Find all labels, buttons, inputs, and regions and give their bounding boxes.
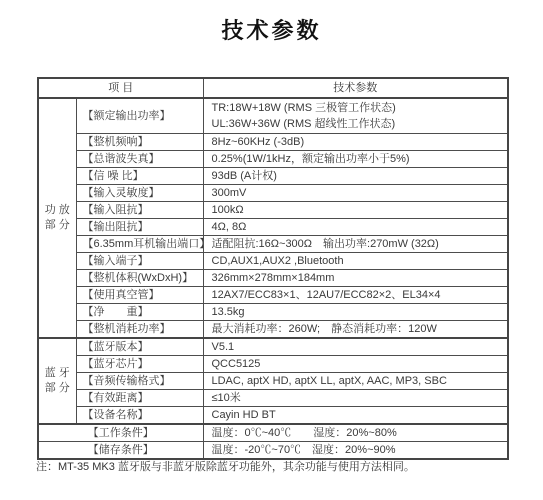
- value-line: UL:36W+36W (RMS 超线性工作状态): [212, 116, 502, 132]
- row-label: 【额定输出功率】: [76, 98, 203, 134]
- row-label: 【输出阻抗】: [76, 219, 203, 236]
- row-value: 0.25%(1W/1kHz，额定输出功率小于5%): [203, 151, 508, 168]
- table-row: 【设备名称】Cayin HD BT: [38, 407, 508, 425]
- row-label: 【使用真空管】: [76, 287, 203, 304]
- table-row: 【音频传输格式】LDAC, aptX HD, aptX LL, aptX, AA…: [38, 373, 508, 390]
- row-value: LDAC, aptX HD, aptX LL, aptX, AAC, MP3, …: [203, 373, 508, 390]
- group-label: 功 放部 分: [38, 98, 76, 338]
- page-title: 技术参数: [0, 14, 543, 45]
- group-label-line: 部 分: [41, 381, 74, 396]
- row-label: 【输入灵敏度】: [76, 185, 203, 202]
- row-value: TR:18W+18W (RMS 三极管工作状态)UL:36W+36W (RMS …: [203, 98, 508, 134]
- table-row: 【6.35mm耳机输出端口】适配阻抗:16Ω~300Ω 输出功率:270mW (…: [38, 236, 508, 253]
- table-row: 【整机消耗功率】最大消耗功率：260W; 静态消耗功率：120W: [38, 321, 508, 339]
- table-row: 【净 重】13.5kg: [38, 304, 508, 321]
- row-label: 【储存条件】: [38, 442, 203, 460]
- row-label: 【6.35mm耳机输出端口】: [76, 236, 203, 253]
- table-header-row: 项 目 技术参数: [38, 78, 508, 98]
- row-label: 【音频传输格式】: [76, 373, 203, 390]
- row-value: 温度：0℃~40℃ 湿度：20%~80%: [203, 424, 508, 442]
- footnote: 注：MT-35 MK3 蓝牙版与非蓝牙版除蓝牙功能外，其余功能与使用方法相同。: [36, 458, 415, 474]
- row-value: CD,AUX1,AUX2 ,Bluetooth: [203, 253, 508, 270]
- table-row: 【输入端子】CD,AUX1,AUX2 ,Bluetooth: [38, 253, 508, 270]
- table-row: 【整机频响】8Hz~60KHz (-3dB): [38, 134, 508, 151]
- value-line: TR:18W+18W (RMS 三极管工作状态): [212, 100, 502, 116]
- group-label-line: 功 放: [41, 203, 74, 218]
- table-row: 【输入灵敏度】300mV: [38, 185, 508, 202]
- table-row: 蓝 牙部 分【蓝牙版本】V5.1: [38, 338, 508, 356]
- table-row: 【输入阻抗】100kΩ: [38, 202, 508, 219]
- table-row: 【储存条件】温度：-20℃~70℃ 湿度：20%~90%: [38, 442, 508, 460]
- row-value: 适配阻抗:16Ω~300Ω 输出功率:270mW (32Ω): [203, 236, 508, 253]
- group-label-line: 部 分: [41, 218, 74, 233]
- group-label-line: 蓝 牙: [41, 366, 74, 381]
- row-value: 最大消耗功率：260W; 静态消耗功率：120W: [203, 321, 508, 339]
- table-row: 【使用真空管】12AX7/ECC83×1、12AU7/ECC82×2、EL34×…: [38, 287, 508, 304]
- row-value: Cayin HD BT: [203, 407, 508, 425]
- header-item-col: 项 目: [38, 78, 203, 98]
- row-value: 8Hz~60KHz (-3dB): [203, 134, 508, 151]
- table-row: 【蓝牙芯片】QCC5125: [38, 356, 508, 373]
- row-label: 【整机消耗功率】: [76, 321, 203, 339]
- row-label: 【总谐波失真】: [76, 151, 203, 168]
- row-value: ≤10米: [203, 390, 508, 407]
- row-value: 100kΩ: [203, 202, 508, 219]
- row-label: 【信 噪 比】: [76, 168, 203, 185]
- row-value: 326mm×278mm×184mm: [203, 270, 508, 287]
- table-row: 【输出阻抗】4Ω, 8Ω: [38, 219, 508, 236]
- row-value: 12AX7/ECC83×1、12AU7/ECC82×2、EL34×4: [203, 287, 508, 304]
- row-label: 【设备名称】: [76, 407, 203, 425]
- spec-table: 项 目 技术参数 功 放部 分【额定输出功率】TR:18W+18W (RMS 三…: [37, 77, 509, 460]
- row-label: 【输入端子】: [76, 253, 203, 270]
- row-value: 温度：-20℃~70℃ 湿度：20%~90%: [203, 442, 508, 460]
- table-row: 【有效距离】≤10米: [38, 390, 508, 407]
- row-value: V5.1: [203, 338, 508, 356]
- row-label: 【净 重】: [76, 304, 203, 321]
- header-value-col: 技术参数: [203, 78, 508, 98]
- row-value: 300mV: [203, 185, 508, 202]
- row-value: 13.5kg: [203, 304, 508, 321]
- row-label: 【整机频响】: [76, 134, 203, 151]
- table-row: 【工作条件】温度：0℃~40℃ 湿度：20%~80%: [38, 424, 508, 442]
- group-label: 蓝 牙部 分: [38, 338, 76, 424]
- row-label: 【输入阻抗】: [76, 202, 203, 219]
- table-row: 【信 噪 比】93dB (A计权): [38, 168, 508, 185]
- table-row: 功 放部 分【额定输出功率】TR:18W+18W (RMS 三极管工作状态)UL…: [38, 98, 508, 134]
- row-value: 93dB (A计权): [203, 168, 508, 185]
- row-label: 【蓝牙芯片】: [76, 356, 203, 373]
- table-row: 【整机体积(WxDxH)】326mm×278mm×184mm: [38, 270, 508, 287]
- row-label: 【蓝牙版本】: [76, 338, 203, 356]
- row-label: 【工作条件】: [38, 424, 203, 442]
- row-value: 4Ω, 8Ω: [203, 219, 508, 236]
- row-label: 【有效距离】: [76, 390, 203, 407]
- row-value: QCC5125: [203, 356, 508, 373]
- table-row: 【总谐波失真】0.25%(1W/1kHz，额定输出功率小于5%): [38, 151, 508, 168]
- row-label: 【整机体积(WxDxH)】: [76, 270, 203, 287]
